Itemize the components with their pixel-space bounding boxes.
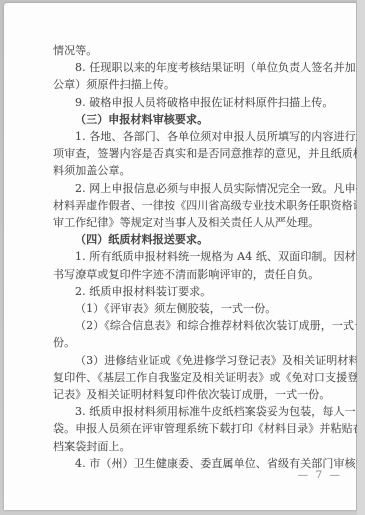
doc-line: 材料弄虚作假者、一律按《四川省高级专业技术职务任职资格评: [53, 197, 353, 214]
doc-line: 情况等。: [53, 42, 353, 59]
doc-line: 2. 纸质申报材料装订要求。: [53, 283, 353, 300]
doc-line: （2）《综合信息表》和综合推荐材料依次装订成册，一式一: [53, 317, 353, 334]
doc-line: 项审查，签署内容是否真实和是否同意推荐的意见，并且纸质材: [53, 145, 353, 162]
doc-line: 3. 纸质申报材料须用标准牛皮纸档案袋妥为包装，每人一: [53, 403, 353, 420]
doc-line: 8. 任现职以来的年度考核结果证明（单位负责人签名并加盖: [53, 59, 353, 76]
doc-line: 袋。申报人员须在评审管理系统下载打印《材料目录》并粘贴在: [53, 420, 353, 437]
doc-line: 1. 各地、各部门、各单位须对申报人员所填写的内容进行逐: [53, 128, 353, 145]
doc-line: 审工作纪律》等规定对当事人及相关责任人从严处理。: [53, 214, 353, 231]
doc-line: 料须加盖公章。: [53, 162, 353, 179]
doc-line: 书写潦草或复印件字迹不清而影响评审的，责任自负。: [53, 266, 353, 283]
doc-line: 份。: [53, 334, 353, 351]
scan-right-gutter: [357, 0, 365, 515]
doc-line: 9. 破格申报人员将破格申报佐证材料原件扫描上传。: [53, 94, 353, 111]
page-number: — 7 —: [298, 469, 342, 481]
scanned-document-viewport: { "document": { "lines": [ "情况等。", "8. 任…: [0, 0, 365, 515]
doc-section-heading: （三）申报材料审核要求。: [53, 111, 353, 128]
doc-line: （3）进修结业证或《免进修学习登记表》及相关证明材料: [53, 352, 353, 369]
doc-line: 2. 网上申报信息必须与申报人员实际情况完全一致。凡申报: [53, 180, 353, 197]
doc-line: （1）《评审表》须左侧胶装，一式一份。: [53, 300, 353, 317]
doc-line: 1. 所有纸质申报材料统一规格为 A4 纸、双面印制。因材料: [53, 248, 353, 265]
doc-section-heading: （四）纸质材料报送要求。: [53, 231, 353, 248]
doc-line: 复印件、《基层工作自我鉴定及相关证明表》或《免对口支援登: [53, 369, 353, 386]
document-body-text: 情况等。 8. 任现职以来的年度考核结果证明（单位负责人签名并加盖 公章）须原件…: [53, 42, 353, 472]
document-page: 情况等。 8. 任现职以来的年度考核结果证明（单位负责人签名并加盖 公章）须原件…: [4, 3, 357, 510]
doc-line: 档案袋封面上。: [53, 438, 353, 455]
doc-line: 记表》及相关证明材料复印件依次装订成册，一式一份。: [53, 386, 353, 403]
doc-line: 公章）须原件扫描上传。: [53, 76, 353, 93]
